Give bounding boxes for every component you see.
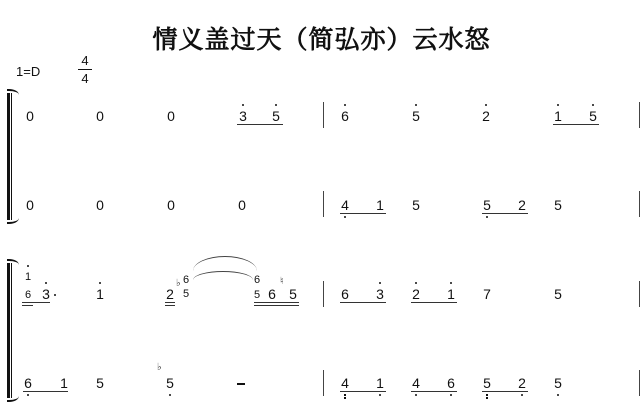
note: 1 <box>445 287 457 301</box>
note: 5 <box>552 376 564 390</box>
beam-underline <box>482 213 528 214</box>
barline <box>323 102 324 128</box>
beam-underline <box>22 302 50 303</box>
note: 7 <box>481 287 493 301</box>
time-signature-bottom: 4 <box>78 71 92 86</box>
note: 1 <box>374 198 386 212</box>
note: 2 <box>480 109 492 123</box>
note: 5 <box>287 287 299 301</box>
note: 1 <box>58 376 70 390</box>
barline <box>639 370 640 396</box>
note: 2 <box>516 198 528 212</box>
note: 6 <box>22 376 34 390</box>
note: 6 <box>22 288 34 302</box>
barline <box>639 281 640 307</box>
note: 5 <box>94 376 106 390</box>
note: 4 <box>410 376 422 390</box>
note: 5 <box>164 376 176 390</box>
note: 6 <box>339 109 351 123</box>
note: 6 <box>445 376 457 390</box>
key-signature: 1=D <box>16 64 40 79</box>
note: 0 <box>165 198 177 212</box>
note: 6 <box>339 287 351 301</box>
note: 0 <box>165 109 177 123</box>
note: 4 <box>339 198 351 212</box>
system-bracket <box>7 93 12 220</box>
augmentation-dot <box>54 294 56 296</box>
note: 5 <box>270 109 282 123</box>
chord-note: 6 <box>180 273 192 287</box>
barline <box>323 281 324 307</box>
score-title: 情义盖过天（简弘亦）云水怒 <box>0 20 643 56</box>
beam-underline <box>482 391 528 392</box>
beam-underline <box>411 391 457 392</box>
system-bracket <box>7 263 12 398</box>
note: 5 <box>251 288 263 302</box>
barline <box>323 191 324 217</box>
note: 6 <box>266 287 278 301</box>
note: 5 <box>552 198 564 212</box>
note: 5 <box>410 198 422 212</box>
note: 1 <box>552 109 564 123</box>
beam-underline <box>22 305 33 306</box>
beam-underline <box>254 302 299 303</box>
natural-icon: ♮ <box>280 276 284 287</box>
chord-note: 1 <box>22 270 34 284</box>
note: 1 <box>374 376 386 390</box>
beam-underline <box>237 124 283 125</box>
note: 5 <box>410 109 422 123</box>
beam-underline <box>165 302 175 303</box>
note: 3 <box>374 287 386 301</box>
note: 0 <box>24 198 36 212</box>
flat-icon: ♭ <box>157 362 162 373</box>
barline <box>639 102 640 128</box>
note: 2 <box>164 287 176 301</box>
chord-note: 5 <box>180 287 192 301</box>
note: 4 <box>339 376 351 390</box>
note: 0 <box>236 198 248 212</box>
beam-underline <box>165 305 175 306</box>
chord-note: 6 <box>251 273 263 287</box>
time-signature: 4 4 <box>78 53 92 86</box>
note: 2 <box>410 287 422 301</box>
note: 0 <box>94 198 106 212</box>
note: 5 <box>552 287 564 301</box>
note: 0 <box>94 109 106 123</box>
extension-dash <box>237 383 245 385</box>
tie <box>193 271 253 280</box>
beam-underline <box>340 213 386 214</box>
time-signature-top: 4 <box>78 53 92 68</box>
beam-underline <box>411 302 457 303</box>
beam-underline <box>553 124 599 125</box>
note: 5 <box>587 109 599 123</box>
note: 5 <box>481 198 493 212</box>
note: 5 <box>481 376 493 390</box>
note: 3 <box>40 287 52 301</box>
time-signature-divider <box>78 69 92 70</box>
beam-underline <box>340 302 386 303</box>
note: 1 <box>94 287 106 301</box>
barline <box>323 370 324 396</box>
slur <box>193 256 257 271</box>
beam-underline <box>340 391 386 392</box>
beam-underline <box>254 305 299 306</box>
note: 3 <box>237 109 249 123</box>
beam-underline <box>23 391 68 392</box>
barline <box>639 191 640 217</box>
note: 0 <box>24 109 36 123</box>
note: 2 <box>516 376 528 390</box>
